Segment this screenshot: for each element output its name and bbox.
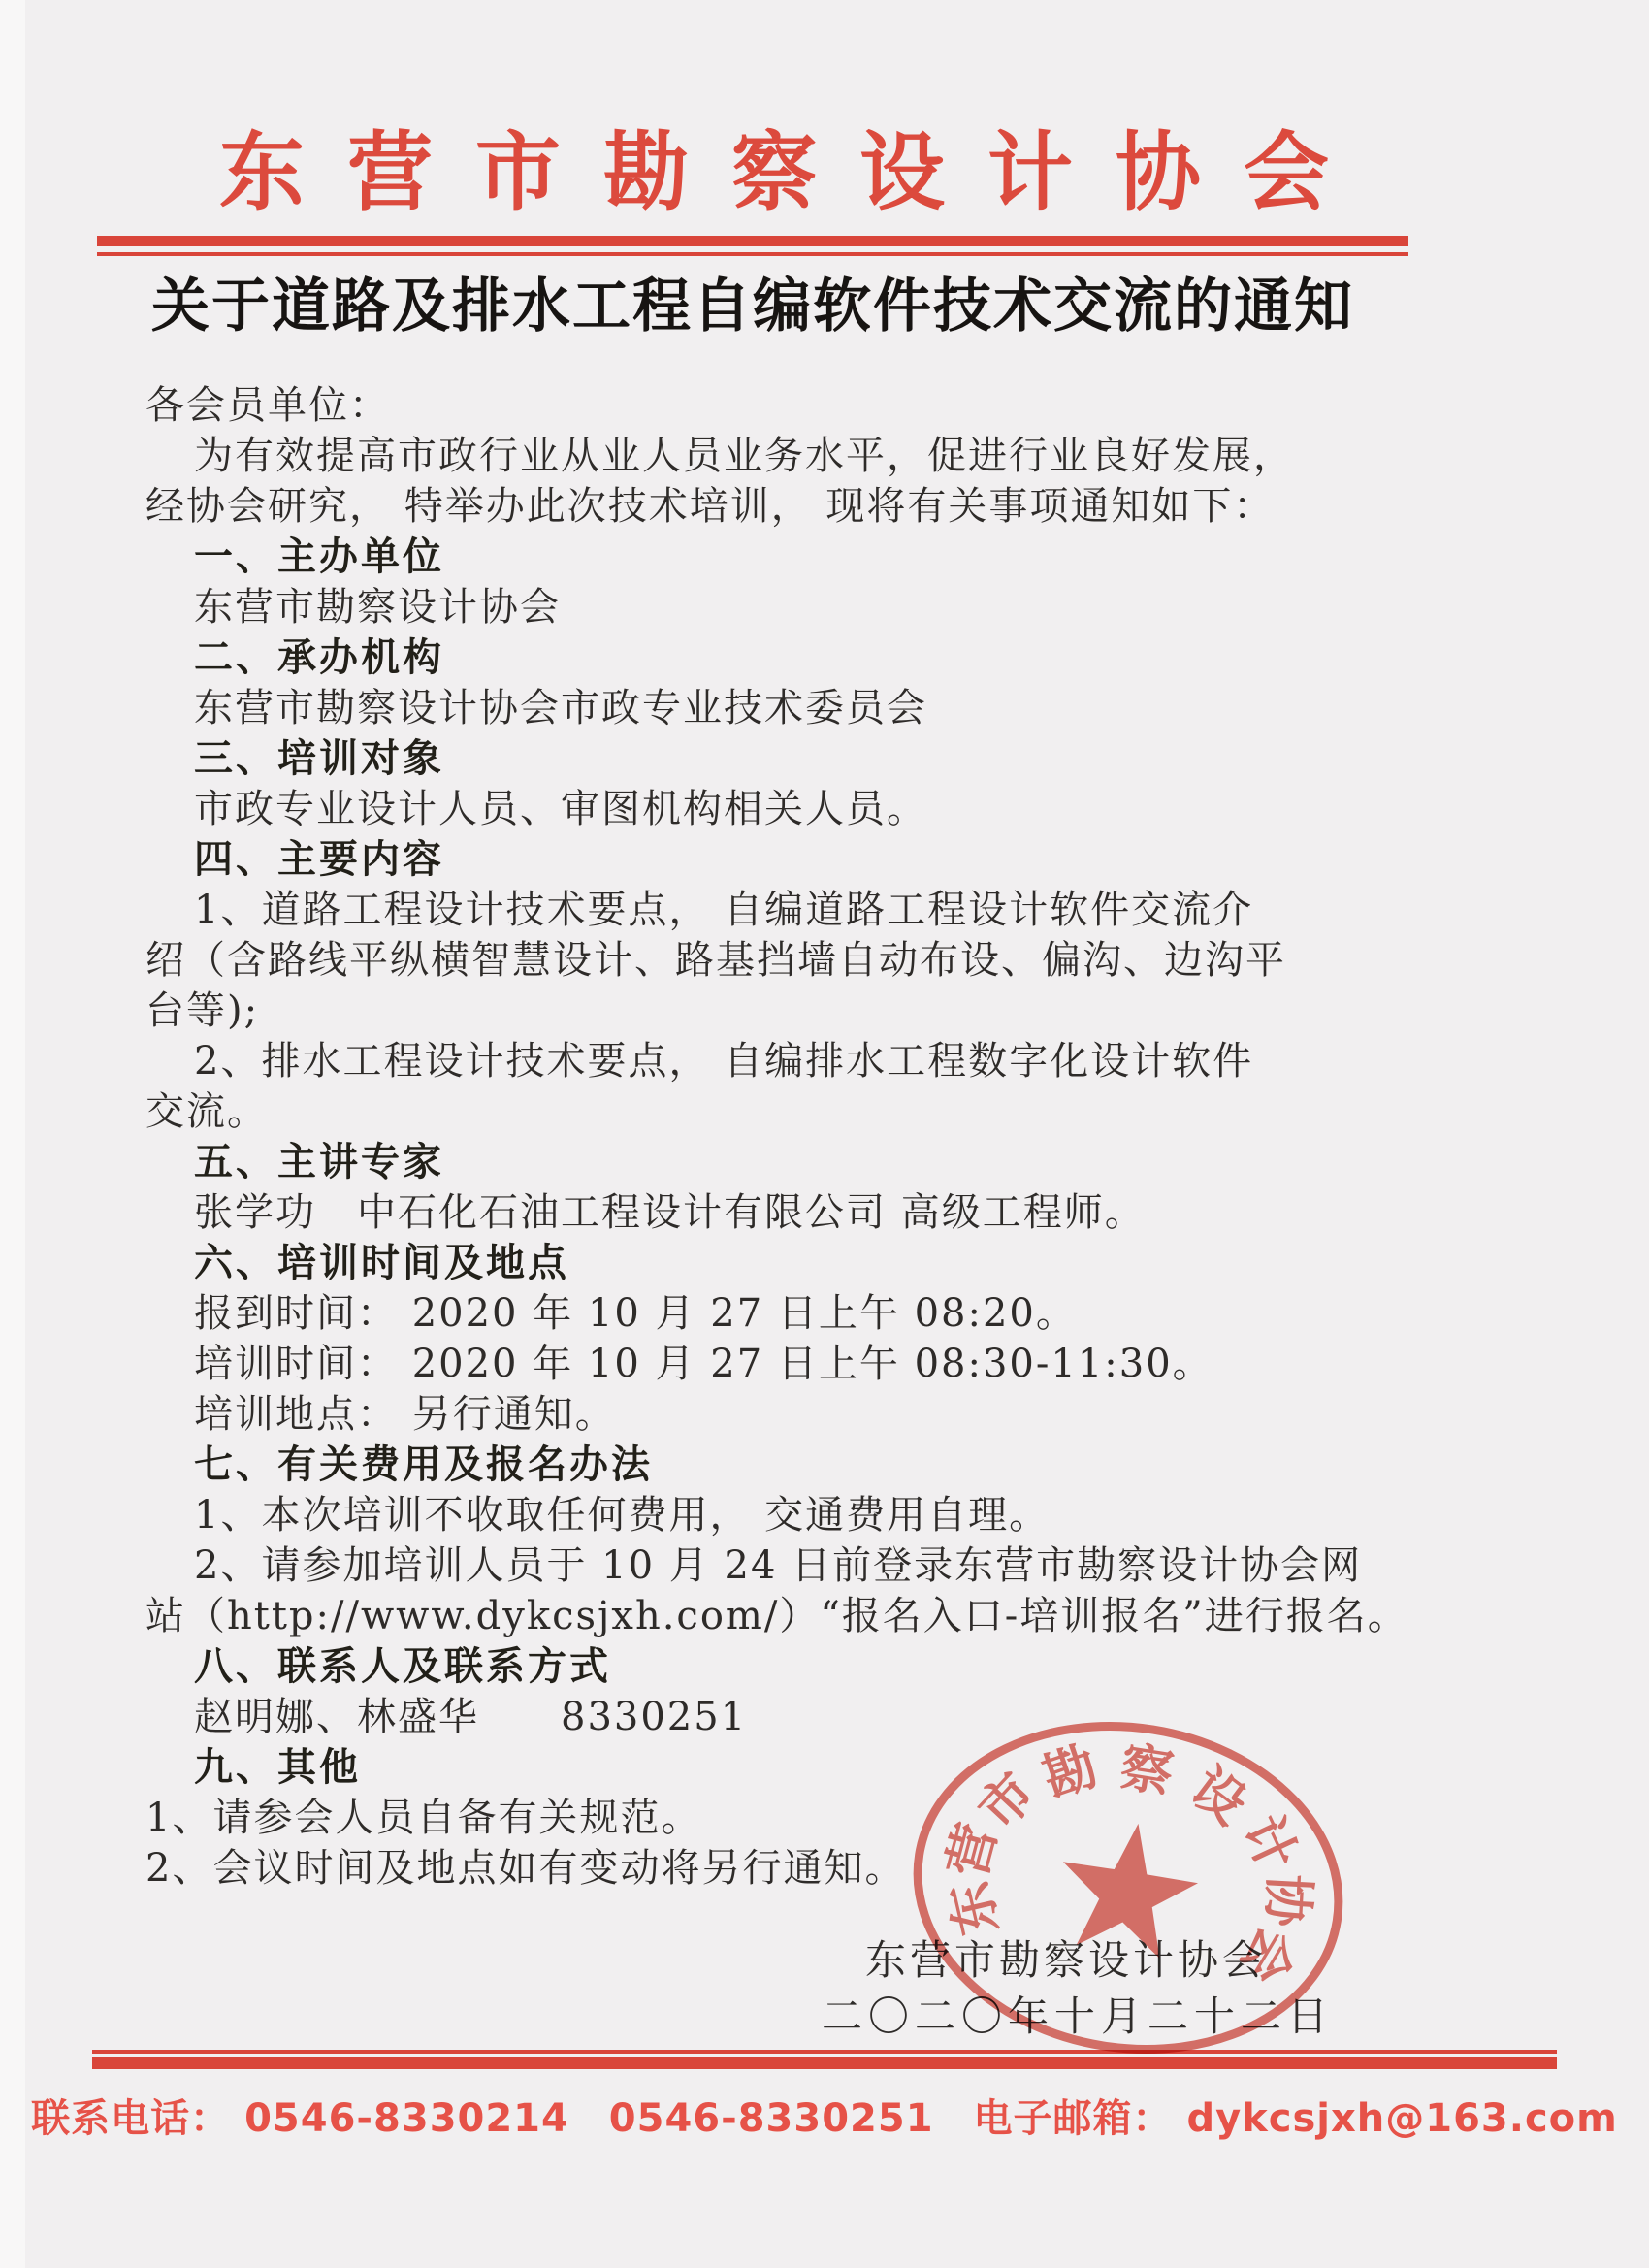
section-heading: 二、承办机构 [145, 632, 1436, 683]
phone-label: 联系电话： [31, 2088, 230, 2143]
body-line: 培训地点： 另行通知。 [145, 1389, 1436, 1440]
email-address: dykcsjxh@163.com [1186, 2096, 1617, 2141]
document-title: 关于道路及排水工程自编软件技术交流的通知 [97, 260, 1408, 343]
signature-org: 东营市勘察设计协会 [865, 1928, 1267, 1987]
footer-rule-thin [92, 2050, 1557, 2054]
section-heading: 六、培训时间及地点 [145, 1238, 1436, 1288]
body-line: 为有效提高市政行业从业人员业务水平，促进行业良好发展， [145, 431, 1436, 481]
signature-date: 二〇二〇年十月二十二日 [822, 1985, 1334, 2043]
notice-body: 各会员单位：为有效提高市政行业从业人员业务水平，促进行业良好发展，经协会研究， … [145, 380, 1436, 1894]
body-line: 站（http://www.dykcsjxh.com/）“报名入口-培训报名”进行… [145, 1591, 1436, 1641]
body-line: 赵明娜、林盛华 8330251 [145, 1692, 1436, 1742]
body-line: 东营市勘察设计协会 [145, 582, 1436, 632]
header-rule-thin [97, 252, 1408, 256]
body-line: 东营市勘察设计协会市政专业技术委员会 [145, 683, 1436, 733]
notice-document: 东营市勘察设计协会 关于道路及排水工程自编软件技术交流的通知 各会员单位：为有效… [0, 0, 1649, 2268]
body-line: 2、排水工程设计技术要点， 自编排水工程数字化设计软件 [145, 1036, 1436, 1086]
body-line: 2、会议时间及地点如有变动将另行通知。 [145, 1843, 1436, 1894]
body-line: 各会员单位： [145, 380, 1436, 431]
section-heading: 五、主讲专家 [145, 1137, 1436, 1187]
section-heading: 四、主要内容 [145, 834, 1436, 885]
body-line: 2、请参加培训人员于 10 月 24 日前登录东营市勘察设计协会网 [145, 1540, 1436, 1591]
header-rule-thick [97, 236, 1408, 246]
body-line: 报到时间： 2020 年 10 月 27 日上午 08:20。 [145, 1288, 1436, 1339]
section-heading: 一、主办单位 [145, 532, 1436, 582]
section-heading: 三、培训对象 [145, 733, 1436, 784]
body-line: 1、道路工程设计技术要点， 自编道路工程设计软件交流介 [145, 885, 1436, 935]
body-line: 培训时间： 2020 年 10 月 27 日上午 08:30-11:30。 [145, 1339, 1436, 1389]
section-heading: 八、联系人及联系方式 [145, 1641, 1436, 1692]
section-heading: 九、其他 [145, 1742, 1436, 1793]
section-heading: 七、有关费用及报名办法 [145, 1440, 1436, 1490]
body-line: 台等); [145, 986, 1436, 1036]
body-line: 1、请参会人员自备有关规范。 [145, 1793, 1436, 1843]
email-label: 电子邮箱： [974, 2088, 1173, 2143]
phone-number-2: 0546-8330251 [609, 2096, 934, 2141]
body-line: 张学功 中石化石油工程设计有限公司 高级工程师。 [145, 1187, 1436, 1238]
body-line: 交流。 [145, 1086, 1436, 1137]
footer-contact: 联系电话： 0546-8330214 0546-8330251 电子邮箱： dy… [0, 2088, 1649, 2143]
phone-number-1: 0546-8330214 [244, 2096, 569, 2141]
body-line: 绍（含路线平纵横智慧设计、路基挡墙自动布设、偏沟、边沟平 [145, 935, 1436, 986]
footer-rule-thick [92, 2057, 1557, 2069]
org-letterhead-title: 东营市勘察设计协会 [97, 105, 1451, 227]
body-line: 经协会研究， 特举办此次技术培训， 现将有关事项通知如下： [145, 481, 1436, 532]
body-line: 1、本次培训不收取任何费用， 交通费用自理。 [145, 1490, 1436, 1540]
body-line: 市政专业设计人员、审图机构相关人员。 [145, 784, 1436, 834]
